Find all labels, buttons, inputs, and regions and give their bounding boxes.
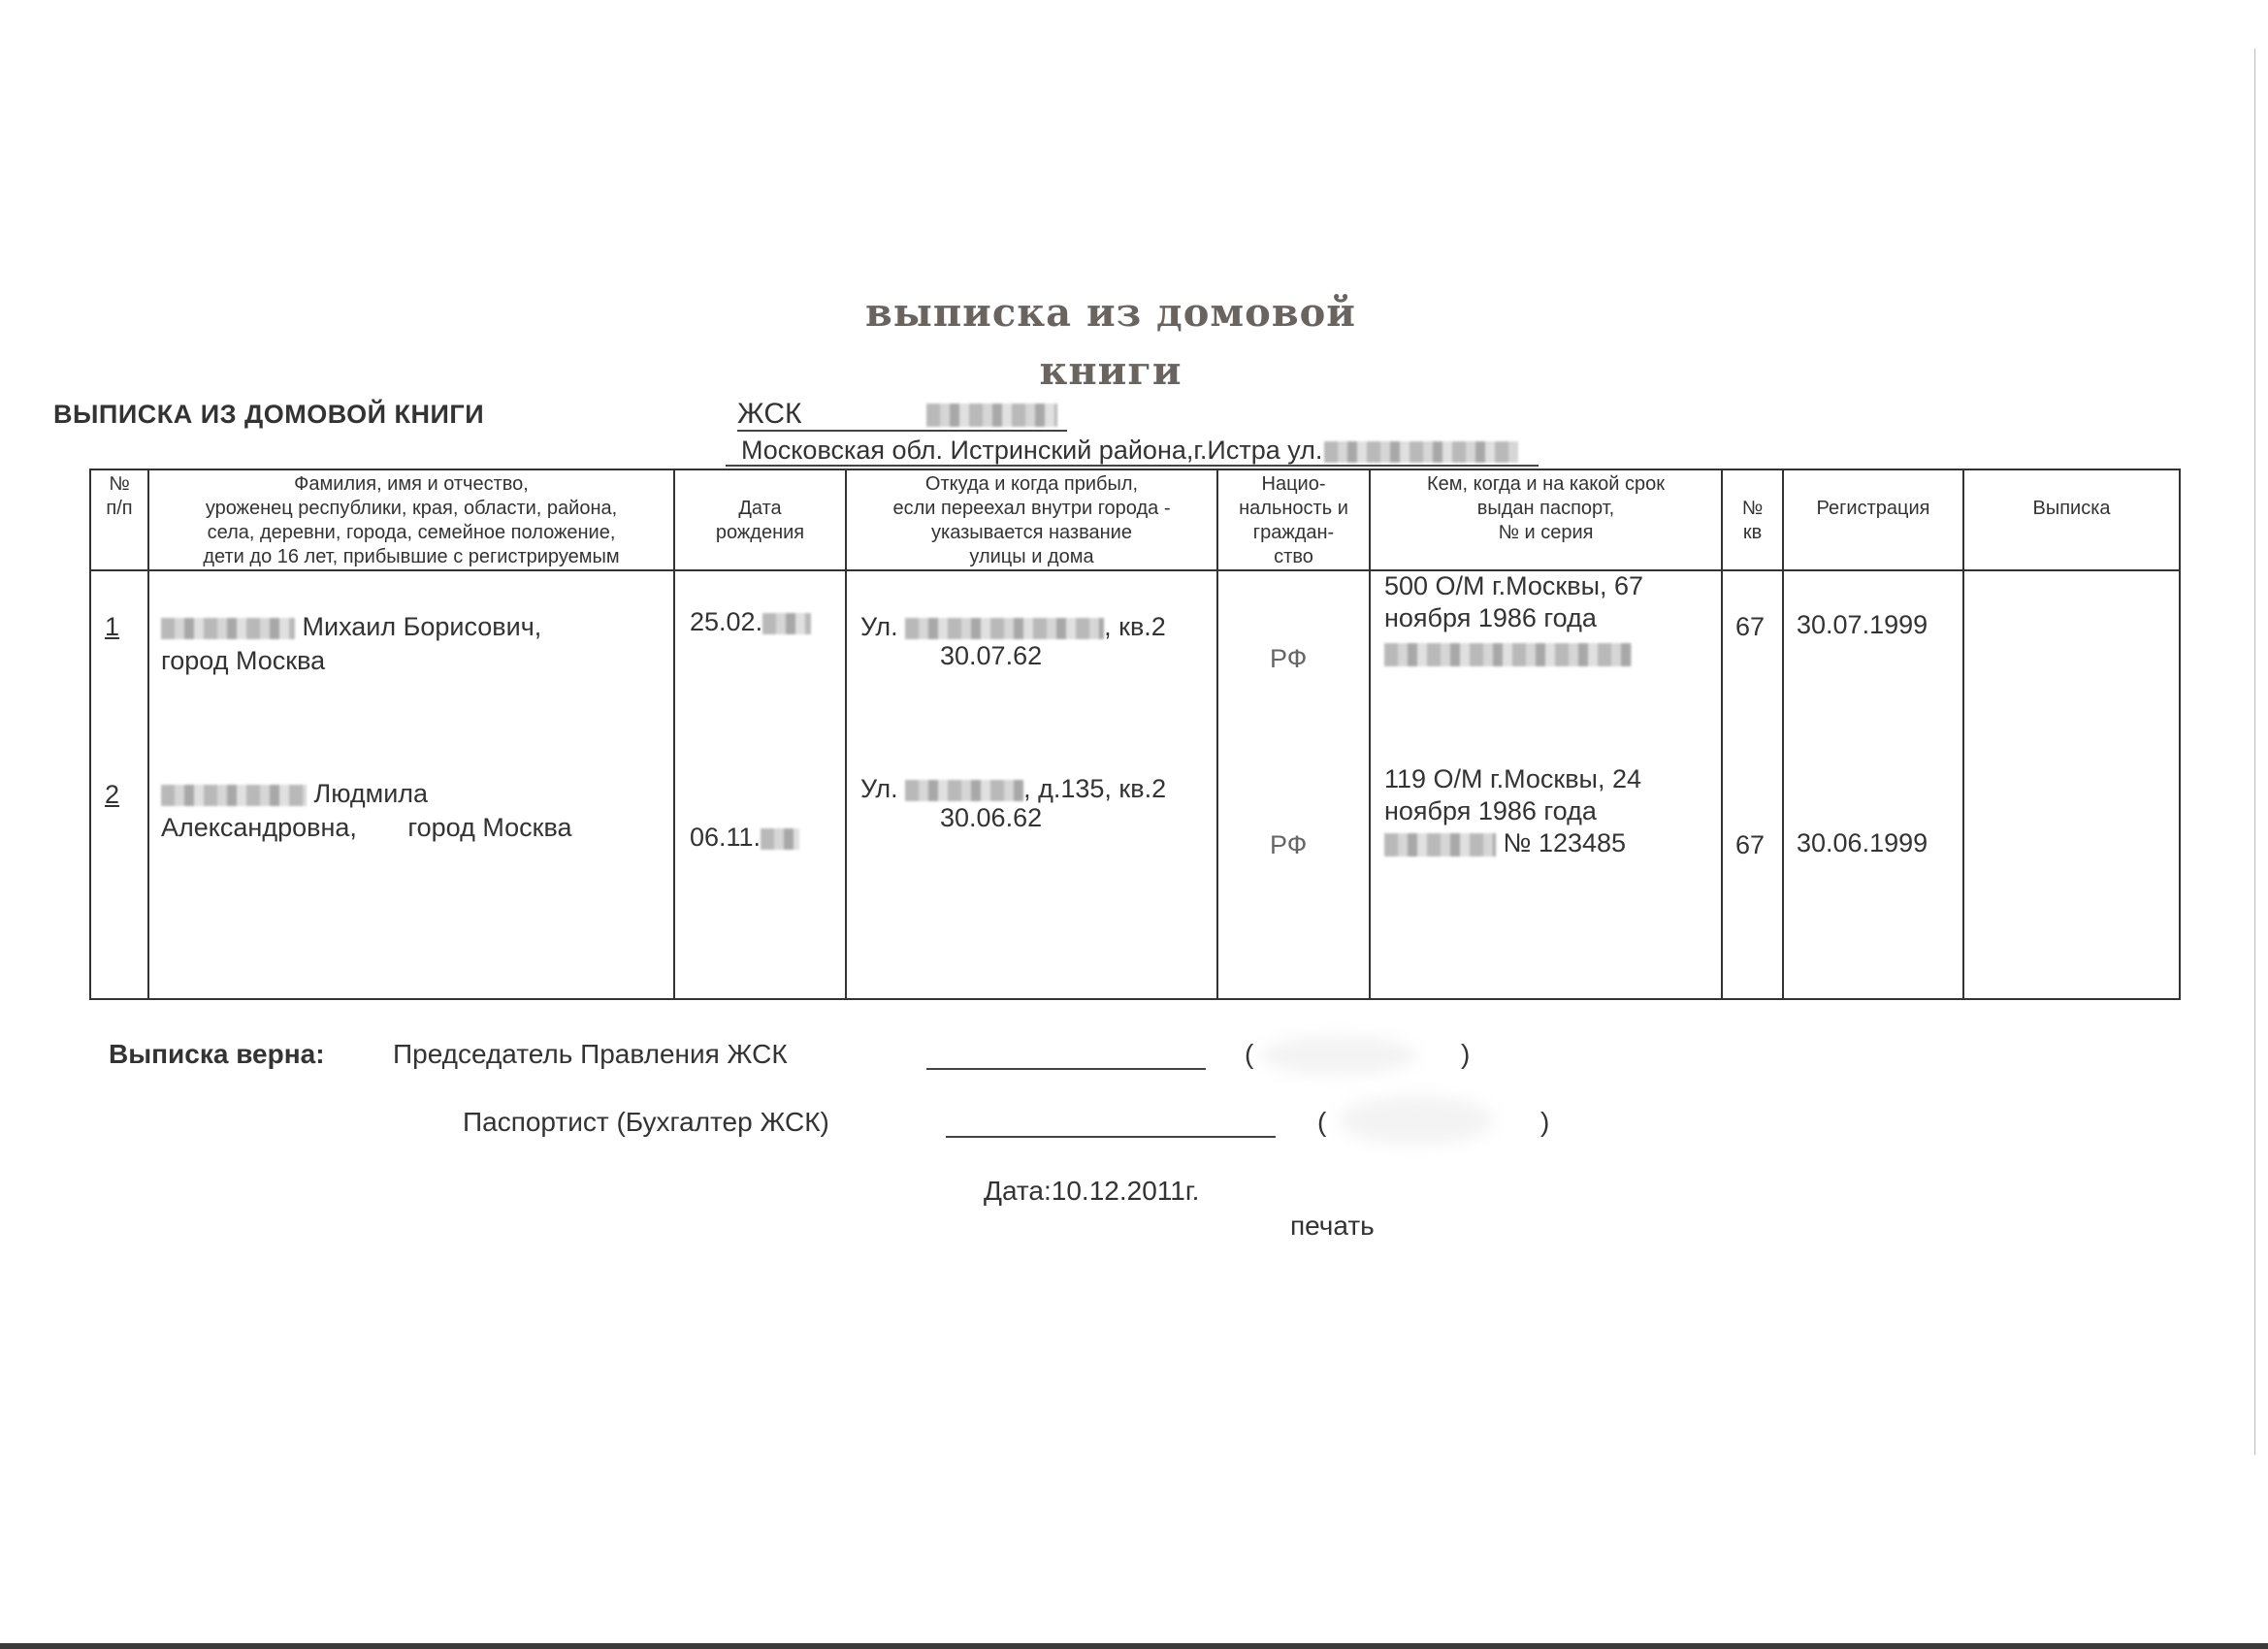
passport-number: № 123485 bbox=[1384, 827, 1626, 859]
header-arrived-from: Откуда и когда прибыл, если переехал вну… bbox=[847, 472, 1216, 569]
redacted-passport-series bbox=[1384, 643, 1632, 666]
zhsk-label: ЖСК bbox=[737, 398, 802, 430]
document-date: Дата:10.12.2011г. bbox=[984, 1176, 1199, 1207]
scan-bottom-edge bbox=[0, 1643, 2268, 1649]
redacted-surname bbox=[161, 785, 307, 806]
registration-date: 30.07.1999 bbox=[1797, 609, 1928, 641]
redacted-street bbox=[905, 780, 1023, 801]
redacted-street bbox=[905, 618, 1104, 639]
citizenship: РФ bbox=[1270, 829, 1307, 861]
address-text: Московская обл. Истринский района,г.Истр… bbox=[741, 436, 1322, 465]
arrived-from-address: Ул. , д.135, кв.2 bbox=[860, 773, 1166, 805]
resident-name: Людмила bbox=[161, 778, 428, 810]
apartment-number: 67 bbox=[1735, 611, 1765, 643]
chairman-signature-line bbox=[926, 1068, 1206, 1070]
document-heading-line1: выписка из домовой bbox=[0, 284, 2221, 342]
house-book-table: № п/п Фамилия, имя и отчество, уроженец … bbox=[89, 469, 2181, 1000]
header-row-number: № п/п bbox=[91, 472, 147, 569]
passport-issue-date: ноября 1986 года bbox=[1384, 795, 1597, 827]
document-heading-line2: книги bbox=[0, 342, 2221, 401]
zhsk-field: ЖСК bbox=[737, 398, 1057, 431]
birth-date: 25.02. bbox=[690, 606, 811, 638]
resident-birthplace: город Москва bbox=[161, 645, 325, 677]
header-divider bbox=[91, 569, 2179, 571]
header-registration: Регистрация bbox=[1784, 472, 1962, 569]
page-edge-line bbox=[2254, 48, 2255, 1455]
stamp-label: печать bbox=[1290, 1211, 1375, 1242]
header-citizenship: Нацио- нальность и граждан- ство bbox=[1218, 472, 1369, 569]
redacted-birth-year bbox=[761, 828, 799, 850]
verified-label: Выписка верна: bbox=[109, 1039, 325, 1070]
passport-officer-signature-line bbox=[946, 1136, 1276, 1138]
redacted-chairman-name bbox=[1261, 1036, 1416, 1075]
passport-issuer: 119 О/М г.Москвы, 24 bbox=[1384, 763, 1641, 795]
resident-patronymic-birthplace: Александровна, город Москва bbox=[161, 812, 572, 844]
redacted-passport-officer-name bbox=[1339, 1096, 1494, 1145]
citizenship: РФ bbox=[1270, 643, 1307, 675]
header-apartment: № кв bbox=[1723, 472, 1782, 569]
chairman-paren-close: ) bbox=[1461, 1039, 1470, 1070]
address-field: Московская обл. Истринский района,г.Истр… bbox=[741, 436, 1518, 466]
header-birth-date: Дата рождения bbox=[675, 472, 845, 569]
redacted-birth-year bbox=[762, 613, 811, 634]
row-number: 2 bbox=[105, 779, 119, 811]
chairman-paren-open: ( bbox=[1245, 1039, 1253, 1070]
address-underline bbox=[726, 465, 1539, 467]
passport-officer-label: Паспортист (Бухгалтер ЖСК) bbox=[463, 1107, 829, 1138]
arrived-date: 30.07.62 bbox=[940, 640, 1042, 672]
resident-name: Михаил Борисович, bbox=[161, 611, 541, 643]
arrived-date: 30.06.62 bbox=[940, 802, 1042, 834]
redacted-surname bbox=[161, 618, 295, 639]
registration-date: 30.06.1999 bbox=[1797, 827, 1928, 859]
redacted-passport-series bbox=[1384, 833, 1496, 857]
passport-officer-paren-open: ( bbox=[1317, 1107, 1326, 1138]
passport-officer-paren-close: ) bbox=[1540, 1107, 1549, 1138]
row-number: 1 bbox=[105, 611, 119, 643]
passport-number bbox=[1384, 637, 1632, 669]
chairman-label: Председатель Правления ЖСК bbox=[393, 1039, 788, 1070]
birth-date: 06.11. bbox=[690, 822, 799, 854]
passport-issue-date: ноября 1986 года bbox=[1384, 602, 1597, 634]
apartment-number: 67 bbox=[1735, 829, 1765, 861]
redacted-zhsk-name bbox=[926, 404, 1057, 427]
zhsk-underline bbox=[737, 430, 1067, 432]
passport-issuer: 500 О/М г.Москвы, 67 bbox=[1384, 570, 1643, 602]
arrived-from-address: Ул. , кв.2 bbox=[860, 611, 1166, 643]
form-title: ВЫПИСКА ИЗ ДОМОВОЙ КНИГИ bbox=[53, 400, 484, 430]
redacted-street bbox=[1324, 441, 1518, 463]
header-discharge: Выписка bbox=[1964, 472, 2179, 569]
header-full-name: Фамилия, имя и отчество, уроженец респуб… bbox=[149, 472, 673, 569]
header-passport: Кем, когда и на какой срок выдан паспорт… bbox=[1371, 472, 1721, 569]
